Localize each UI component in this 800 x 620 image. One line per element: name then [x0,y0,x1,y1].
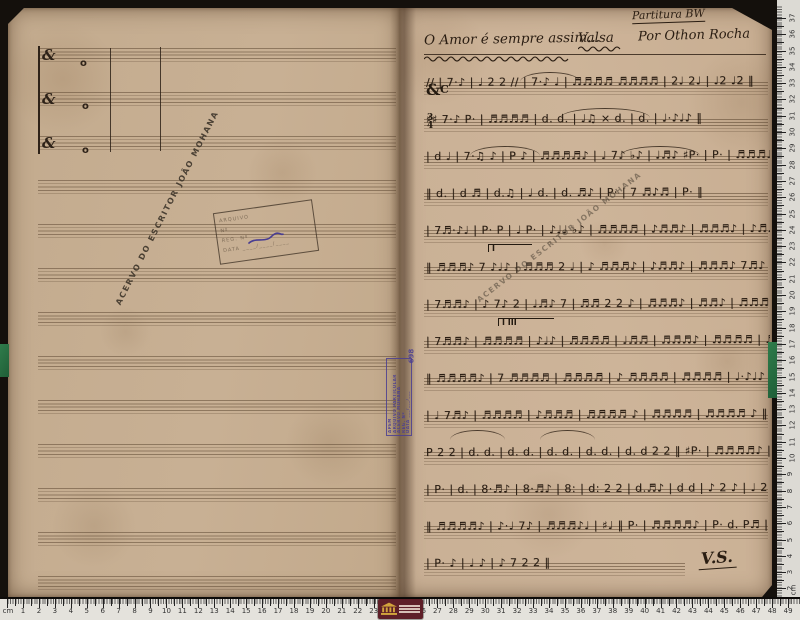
music-system: | 7♬·♪♩ | P· P | ♩ P· | ♪♩♩ ♭♪ | ♬♬♬♬ | … [424,230,768,243]
ruler-half-tick [525,599,526,606]
ruler-number: 34 [788,62,796,71]
ruler-tick [777,230,786,231]
ruler-half-tick [429,599,430,606]
ruler-half-tick [777,238,784,239]
ruler-number: 36 [788,30,796,39]
ruler-half-tick [777,124,784,125]
music-system: // | 7·♪ | ♩ 2 2 // | 7·♪ ♩ | ♬♬♬♬ ♬♬♬♬ … [424,82,768,95]
ruler-number: 12 [788,421,796,430]
stamp-line: DATA ___/___/___ [406,361,411,433]
ruler-number: 22 [353,607,362,615]
badge-text-bars [399,605,420,612]
archive-logo-badge [378,599,423,619]
music-system: ‖ ♬♬♬♪ 7 ♪♩♪ | ♬♬♬ 2 ♩ | ♪ ♬♬♬♪ | ♪♬♬♪ |… [424,267,768,280]
ruler-half-tick [777,189,784,190]
ruler-half-tick [127,599,128,606]
ruler-half-tick [777,319,784,320]
ruler-half-tick [777,336,784,337]
ruler-number: 6 [786,521,794,525]
ruler-half-tick [716,599,717,606]
ruler-half-tick [653,599,654,606]
ruler-number: 35 [560,607,569,615]
ruler-half-tick [777,352,784,353]
ruler-half-tick [190,599,191,606]
ruler-tick [777,425,786,426]
time-signature-common: C [440,83,449,96]
ruler-number: 3 [53,607,57,615]
ruler-half-tick [777,140,784,141]
ruler-half-tick [748,599,749,606]
ruler-half-tick [777,108,784,109]
genre-wavy-underline [578,45,624,53]
ruler-number: 7 [786,505,794,509]
ruler-number: 2 [37,607,41,615]
ruler-number: 7 [116,607,120,615]
ruler-tick [777,540,786,541]
composer-credit: Por Othon Rocha [638,27,750,45]
ruler-tick [777,328,786,329]
ruler-number: 26 [788,193,796,202]
ruler-half-tick [732,599,733,606]
ruler-number: 15 [242,607,251,615]
ruler-half-tick [777,450,784,451]
ruler-number: 9 [786,472,794,476]
ruler-half-tick [777,271,784,272]
ruler-half-tick [222,599,223,606]
ruler-number: 38 [608,607,617,615]
ruler-number: 21 [788,274,796,283]
ruler-half-tick [777,385,784,386]
ruler-number: 21 [337,607,346,615]
ruler-number: 45 [720,607,729,615]
scanned-manuscript-scene: & & & o o o ACERVO DO ESCRITOR JOÃO MOHA… [0,0,800,620]
ruler-half-tick [777,59,784,60]
ruler-number: 37 [592,607,601,615]
staff [38,444,396,458]
ruler-half-tick [509,599,510,606]
ruler-number: 27 [433,607,442,615]
ruler-half-tick [621,599,622,606]
ruler-half-tick [63,599,64,606]
ruler-half-tick [777,482,784,483]
ruler-number: 11 [788,437,796,446]
ruler-half-tick [573,599,574,606]
ruler-tick [7,599,8,608]
ruler-half-tick [777,303,784,304]
staff [38,356,396,370]
ruler-half-tick [111,599,112,606]
ruler-number: 28 [788,160,796,169]
ruler-half-tick [589,599,590,606]
music-system: | P· | d. | 8·♬♪ | 8·♬♪ | 8: | d: 2 2 | … [424,489,768,502]
music-notation: P 2 2 | d. d. | d. d. | d. d. | d. d. | … [426,444,770,459]
ruler-number: 12 [194,607,203,615]
ruler-tick [777,588,786,589]
ruler-half-tick [637,599,638,606]
ruler-number: 4 [69,607,73,615]
ruler-number: 36 [576,607,585,615]
ruler-half-tick [777,42,784,43]
music-notation: | 7♬♬♪ | ♬♬♬♬ | ♪♩♪ | ♬♬♬♬ | ♩♬♬ | ♬♬♬♪ … [426,333,770,348]
ruler-number: 29 [788,144,796,153]
ruler-half-tick [142,599,143,606]
ruler-tick [777,360,786,361]
whole-note: o [82,101,89,112]
music-notation: // | 7·♪ | ♩ 2 2 // | 7·♪ ♩ | ♬♬♬♬ ♬♬♬♬ … [426,74,770,89]
ruler-number: 39 [624,607,633,615]
ruler-number: 18 [788,323,796,332]
ruler-number: 20 [788,291,796,300]
ruler-half-tick [206,599,207,606]
ruler-number: 16 [788,356,796,365]
whole-note: o [82,145,89,156]
ruler-tick [777,556,786,557]
ruler-number: 25 [788,209,796,218]
ruler-tick [777,83,786,84]
ruler-tick [777,377,786,378]
ruler-half-tick [238,599,239,606]
ruler-tick [777,507,786,508]
clef-icon: & [42,46,56,64]
apem-stamp-box: APEMARQUIVO PARTICULARACERVO MOHANAREG. … [386,358,412,436]
staff [38,180,396,194]
ruler-number: 9 [148,607,152,615]
ruler-tick [777,442,786,443]
ruler-tick [777,197,786,198]
music-system: ♯♯ 7·♪ P· | ♬♬♬♬ | d. d. | ♩♫ × d. | d. … [424,119,768,132]
ruler-half-tick [302,599,303,606]
ruler-tick [777,18,786,19]
ruler-number: 5 [786,537,794,541]
vertical-ruler: 3736353433323130292827262524232221201918… [777,0,800,597]
ruler-number: 23 [788,242,796,251]
ruler-half-tick [95,599,96,606]
ruler-number: 15 [788,372,796,381]
music-system: ‖ ♬♬♬♬♪ | 7 ♬♬♬♬ | ♬♬♬♬ | ♪ ♬♬♬♬ | ♬♬♬♬ … [424,378,768,391]
ruler-half-tick [445,599,446,606]
staff [38,48,396,62]
ruler-half-tick [493,599,494,606]
ruler-half-tick [777,548,784,549]
ruler-number: 10 [788,454,796,463]
music-notation: ‖ d. | d ♬ | d.♫ | ♩ d. | d. ♬♪ | P· | 7… [426,185,770,200]
ruler-number: 30 [788,128,796,137]
ruler-half-tick [684,599,685,606]
music-system: P 2 2 | d. d. | d. d. | d. d. | d. d. | … [424,452,768,465]
ruler-tick [777,572,786,573]
music-system: | 7♬♬♪ | ♬♬♬♬ | ♪♩♪ | ♬♬♬♬ | ♩♬♬ | ♬♬♬♪ … [424,341,768,354]
ruler-half-tick [286,599,287,606]
apem-registry-number: 698 [407,349,415,364]
ruler-tick [777,474,786,475]
ruler-number: 1 [21,607,25,615]
ruler-tick [777,165,786,166]
ruler-number: 28 [449,607,458,615]
ruler-tick [777,393,786,394]
ruler-half-tick [777,91,784,92]
ruler-tick [777,132,786,133]
ruler-half-tick [777,26,784,27]
ruler-half-tick [777,156,784,157]
music-system: ‖ ♬♬♬♬♪ | ♪·♩ 7♪ | ♬♬♬♪♩ | ♯♩ ‖ P· | ♬♬♬… [424,526,768,539]
ruler-half-tick [174,599,175,606]
ruler-number: 14 [788,388,796,397]
table-edge-green [0,344,9,377]
ruler-number: 31 [788,111,796,120]
staff [38,92,396,106]
ruler-number: 34 [545,607,554,615]
ruler-half-tick [777,205,784,206]
ruler-number: 30 [481,607,490,615]
ruler-half-tick [777,75,784,76]
ruler-tick [777,344,786,345]
staff [38,268,396,282]
ruler-half-tick [777,401,784,402]
ruler-number: 33 [788,79,796,88]
volta-bracket-second: I III [498,318,554,326]
building-icon [381,602,397,616]
ruler-number: 14 [226,607,235,615]
ruler-number: 42 [672,607,681,615]
ruler-half-tick [777,499,784,500]
title-wavy-underline [424,55,574,63]
ruler-tick [777,67,786,68]
ruler-half-tick [777,222,784,223]
system-brace [38,46,40,154]
ruler-half-tick [605,599,606,606]
piece-genre: Valsa [578,30,614,47]
staff [38,488,396,502]
ruler-number: 3 [786,570,794,574]
ruler-number: 37 [788,13,796,22]
ruler-number: 17 [788,339,796,348]
ruler-number: 40 [640,607,649,615]
staff [38,136,396,150]
music-notation: | P· ♪ | ♩ ♪ | ♪ 7 2 2 ‖ [426,555,688,570]
ruler-number: 47 [752,607,761,615]
ruler-number: 11 [178,607,187,615]
music-notation: | P· | d. | 8·♬♪ | 8·♬♪ | 8: | d: 2 2 | … [426,481,770,496]
ruler-tick [777,458,786,459]
ruler-tick [777,51,786,52]
ruler-number: 22 [788,258,796,267]
ruler-number: 8 [132,607,136,615]
clef-icon: & [42,134,56,152]
music-notation: ‖ ♬♬♬♬♪ | ♪·♩ 7♪ | ♬♬♬♪♩ | ♯♩ ‖ P· | ♬♬♬… [426,518,770,533]
ruler-half-tick [541,599,542,606]
clef-icon: & [42,90,56,108]
music-notation: | 7♬·♪♩ | P· P | ♩ P· | ♪♩♩ ♭♪ | ♬♬♬♬ | … [426,222,770,237]
ruler-tick [777,116,786,117]
ruler-half-tick [700,599,701,606]
ruler-half-tick [777,417,784,418]
ruler-half-tick [477,599,478,606]
ruler-tick [777,246,786,247]
ruler-tick [777,295,786,296]
ruler-number: 32 [788,95,796,104]
ruler-tick [777,262,786,263]
ruler-number: 13 [788,405,796,414]
ruler-tick [777,181,786,182]
staff [38,400,396,414]
ruler-tick [777,523,786,524]
ruler-tick [777,214,786,215]
ruler-number: 48 [768,607,777,615]
ruler-tick [777,279,786,280]
page-turn-mark: V.S. [697,547,736,571]
ruler-half-tick [777,254,784,255]
ruler-half-tick [158,599,159,606]
ruler-number: 5 [85,607,89,615]
piece-title: O Amor é sempre assim... [424,29,600,48]
ruler-half-tick [777,287,784,288]
ruler-number: 44 [704,607,713,615]
time-signature-4: 4 [427,121,433,131]
ruler-half-tick [350,599,351,606]
ruler-half-tick [461,599,462,606]
ruler-number: 35 [788,46,796,55]
ruler-unit-label: cm [789,585,797,596]
ruler-half-tick [366,599,367,606]
whole-note: o [80,58,87,69]
treble-clef-icon: & [426,80,440,99]
music-notation: | ♩ 7♬♪ | ♬♬♬♬ | ♪♬♬♬ | ♬♬♬♬ ♪ | ♬♬♬♬ | … [426,407,770,422]
ruler-tick [777,311,786,312]
ruler-half-tick [669,599,670,606]
manuscript-page-left [8,8,400,597]
ruler-number: 19 [788,307,796,316]
ruler-half-tick [777,515,784,516]
ruler-number: 13 [210,607,219,615]
ruler-half-tick [764,599,765,606]
ruler-half-tick [780,599,781,606]
music-notation: ‖ ♬♬♬♬♪ | 7 ♬♬♬♬ | ♬♬♬♬ | ♪ ♬♬♬♬ | ♬♬♬♬ … [426,370,770,385]
music-system: | P· ♪ | ♩ ♪ | ♪ 7 2 2 ‖ [424,563,685,576]
ruler-number: 32 [513,607,522,615]
ruler-half-tick [777,173,784,174]
ruler-half-tick [254,599,255,606]
ruler-number: 4 [786,554,794,558]
ruler-half-tick [557,599,558,606]
ruler-unit-label: cm [3,607,14,615]
right-page-systems: // | 7·♪ | ♩ 2 2 // | 7·♪ ♩ | ♬♬♬♬ ♬♬♬♬ … [424,82,768,582]
ruler-half-tick [318,599,319,606]
ruler-half-tick [15,599,16,606]
ruler-half-tick [777,368,784,369]
ruler-half-tick [47,599,48,606]
staff [38,532,396,546]
music-system: | d ♩ | 7·♫ ♪ | P ♪ | ♬♬♬♬♪ | ♩ 7♪ ♭♪ | … [424,156,768,169]
ruler-number: 23 [369,607,378,615]
music-system: | 7♬♬♪ | ♪ 7♪ 2 | ♩♬♪ 7 | ♬♬ 2 2 ♪ | ♬♬♬… [424,304,768,317]
ruler-half-tick [777,580,784,581]
ruler-tick [777,148,786,149]
left-page-staves [38,48,396,593]
music-notation: ‖ ♬♬♬♪ 7 ♪♩♪ | ♬♬♬ 2 ♩ | ♪ ♬♬♬♪ | ♪♬♬♪ |… [426,259,770,274]
ruler-half-tick [270,599,271,606]
ruler-number: 10 [162,607,171,615]
music-system: | ♩ 7♬♪ | ♬♬♬♬ | ♪♬♬♬ | ♬♬♬♬ ♪ | ♬♬♬♬ | … [424,415,768,428]
ruler-half-tick [79,599,80,606]
ruler-number: 17 [274,607,283,615]
ruler-half-tick [31,599,32,606]
staff [38,312,396,326]
ruler-number: 19 [305,607,314,615]
barline [110,48,111,152]
ruler-tick [777,34,786,35]
ruler-number: 8 [786,488,794,492]
ruler-number: 31 [497,607,506,615]
ruler-half-tick [777,434,784,435]
staff [38,576,396,590]
barline [160,47,161,151]
ruler-number: 29 [465,607,474,615]
volta-bracket-first: I [488,244,532,252]
ruler-number: 49 [784,607,793,615]
apem-stamp: APEMARQUIVO PARTICULARACERVO MOHANAREG. … [386,358,414,436]
ruler-number: 33 [529,607,538,615]
header-annotation: Partitura BW [632,7,705,25]
ruler-number: 27 [788,176,796,185]
ruler-number: 6 [100,607,104,615]
ruler-number: 24 [788,225,796,234]
ruler-number: 43 [688,607,697,615]
ruler-tick [777,491,786,492]
ruler-number: 46 [736,607,745,615]
ruler-tick [777,409,786,410]
ruler-half-tick [777,466,784,467]
ruler-half-tick [777,531,784,532]
ruler-half-tick [334,599,335,606]
ruler-half-tick [777,564,784,565]
ruler-number: 41 [656,607,665,615]
ruler-number: 20 [321,607,330,615]
ruler-tick [777,99,786,100]
ruler-number: 16 [258,607,267,615]
ruler-number: 18 [290,607,299,615]
